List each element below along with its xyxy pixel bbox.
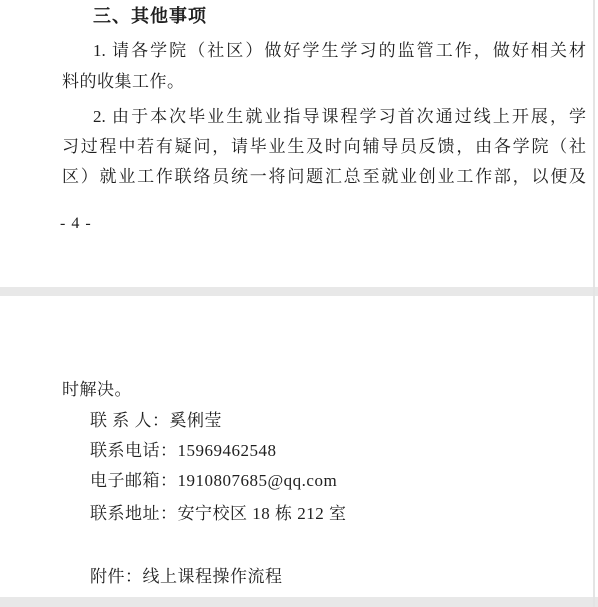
attachment-value: 线上课程操作流程 xyxy=(143,567,283,586)
contact-person-label: 联 系 人： xyxy=(90,411,170,430)
document-viewer: { "page1": { "heading": "三、其他事项", "parag… xyxy=(0,0,598,607)
attachment-line: 附件：线上课程操作流程 xyxy=(90,567,283,587)
page-right-border xyxy=(593,0,595,607)
contact-email-value: 1910807685@qq.com xyxy=(178,471,338,490)
page-gap-divider xyxy=(0,287,598,296)
paragraph-2-line-3: 区）就业工作联络员统一将问题汇总至就业创业工作部，以便及 xyxy=(62,167,586,187)
paragraph-2-line-1: 2. 由于本次毕业生就业指导课程学习首次通过线上开展，学 xyxy=(62,107,586,127)
section-heading: 三、其他事项 xyxy=(93,6,207,26)
contact-phone-value: 15969462548 xyxy=(178,441,277,460)
contact-email-line: 电子邮箱：1910807685@qq.com xyxy=(90,471,337,491)
attachment-label: 附件： xyxy=(90,567,143,586)
paragraph-1-line-1: 1. 请各学院（社区）做好学生学习的监管工作，做好相关材 xyxy=(62,41,586,61)
paragraph-2-line-2: 习过程中若有疑问，请毕业生及时向辅导员反馈，由各学院（社 xyxy=(62,137,586,157)
page-number: - 4 - xyxy=(60,214,92,234)
contact-address-label: 联系地址： xyxy=(90,504,178,523)
paragraph-2-continuation: 时解决。 xyxy=(62,380,132,400)
contact-address-value: 安宁校区 18 栋 212 室 xyxy=(178,504,347,523)
contact-phone-label: 联系电话： xyxy=(90,441,178,460)
contact-email-label: 电子邮箱： xyxy=(90,471,178,490)
document-page-2: 时解决。 联 系 人：奚俐莹 联系电话：15969462548 电子邮箱：191… xyxy=(0,296,598,597)
document-page-1: 三、其他事项 1. 请各学院（社区）做好学生学习的监管工作，做好相关材 料的收集… xyxy=(0,0,598,287)
contact-phone-line: 联系电话：15969462548 xyxy=(90,441,277,461)
contact-address-line: 联系地址：安宁校区 18 栋 212 室 xyxy=(90,504,347,524)
paragraph-1-line-2: 料的收集工作。 xyxy=(62,72,185,92)
contact-person-line: 联 系 人：奚俐莹 xyxy=(90,411,222,431)
contact-person-value: 奚俐莹 xyxy=(170,411,223,430)
page-gap-bottom xyxy=(0,597,598,607)
